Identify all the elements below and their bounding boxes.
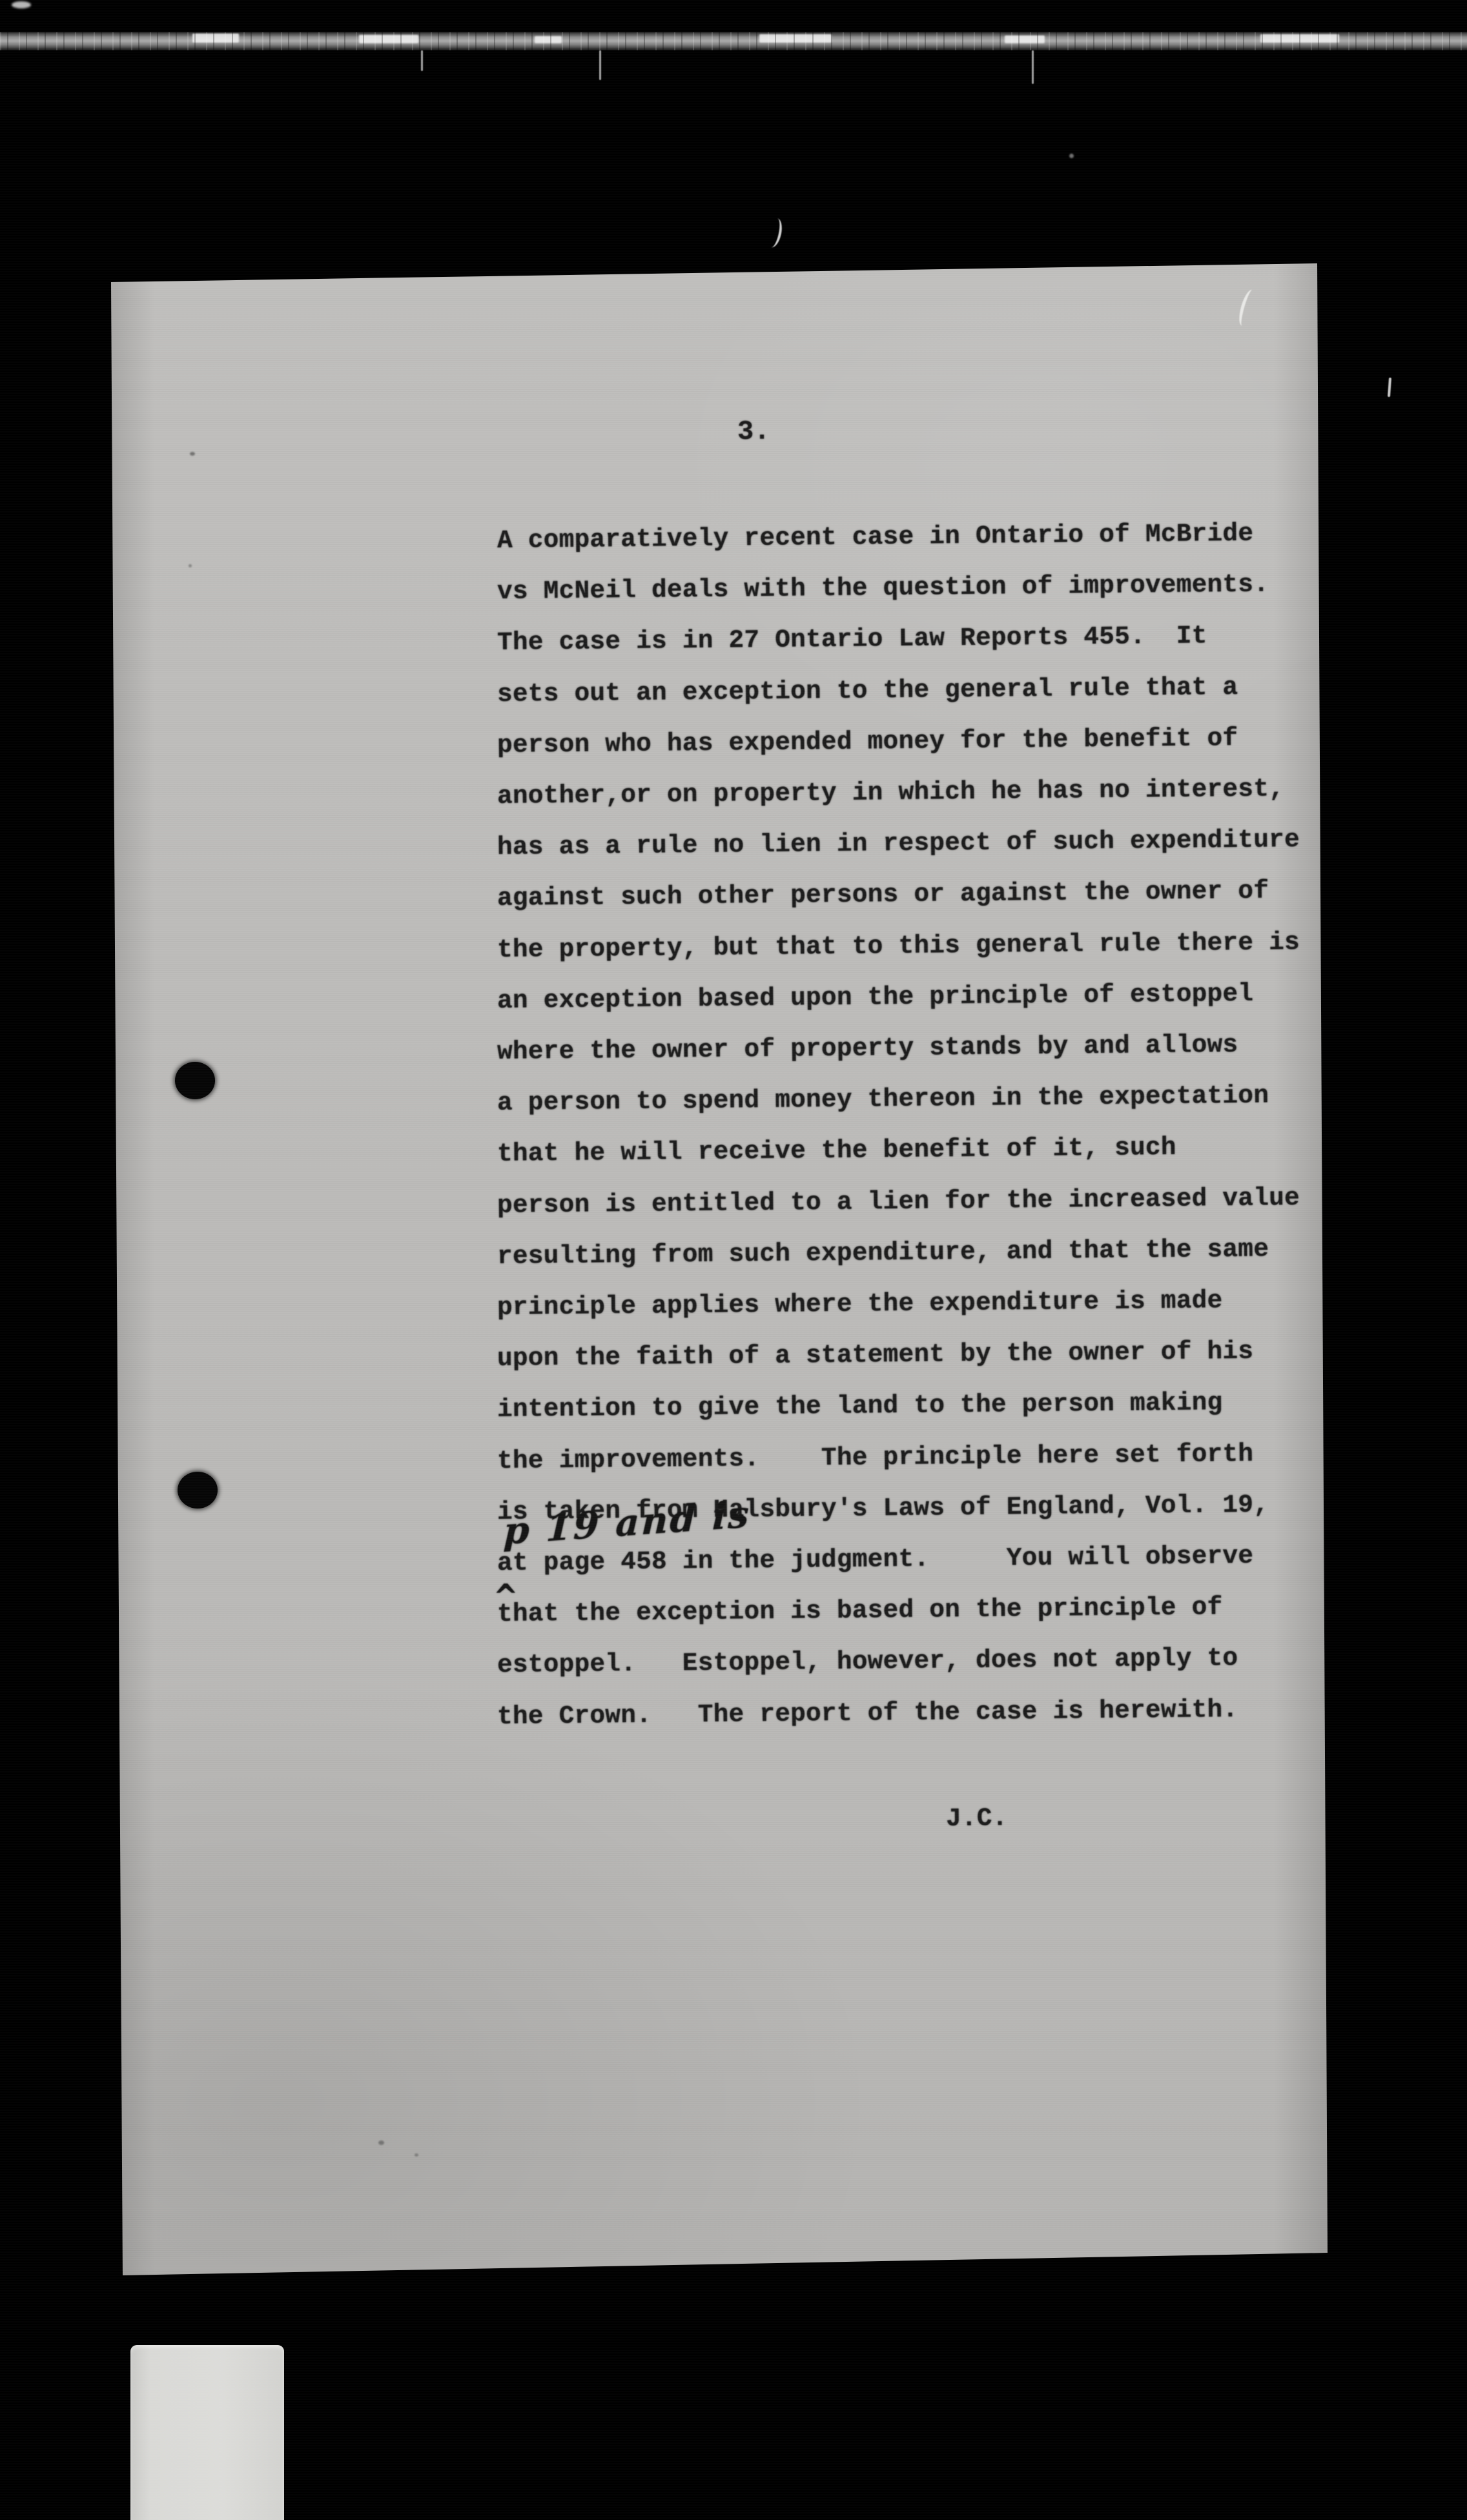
typed-line: person is entitled to a lien for the inc…: [497, 1185, 1300, 1218]
typed-line: that the exception is based on the princ…: [497, 1594, 1223, 1627]
typed-line: the Crown. The report of the case is her…: [497, 1697, 1238, 1730]
page-number: 3.: [737, 420, 770, 445]
typed-line: upon the faith of a statement by the own…: [497, 1339, 1254, 1372]
typed-line: has as a rule no lien in respect of such…: [497, 827, 1300, 860]
typed-line: an exception based upon the principle of…: [497, 981, 1254, 1014]
hole-punch-bottom: [178, 1472, 218, 1509]
typed-line: principle applies where the expenditure …: [497, 1288, 1223, 1320]
typed-line: vs McNeil deals with the question of imp…: [497, 572, 1269, 605]
typed-line: The case is in 27 Ontario Law Reports 45…: [497, 623, 1207, 655]
typed-line: another,or on property in which he has n…: [497, 776, 1284, 809]
typed-line: intention to give the land to the person…: [497, 1390, 1223, 1422]
typed-line: at page 458 in the judgment. You will ob…: [497, 1543, 1254, 1576]
typed-line: person who has expended money for the be…: [497, 726, 1238, 758]
signature-initials: J.C.: [946, 1805, 1008, 1831]
typed-line: where the owner of property stands by an…: [497, 1032, 1238, 1065]
scanned-document-film-frame: 3. A comparatively recent case in Ontari…: [0, 0, 1467, 2520]
insertion-caret: ^: [493, 1576, 518, 1616]
hole-punch-top: [175, 1062, 215, 1099]
typed-line: A comparatively recent case in Ontario o…: [497, 521, 1254, 554]
typed-line: the property, but that to this general r…: [497, 930, 1300, 962]
typed-line: estoppel. Estoppel, however, does not ap…: [497, 1645, 1238, 1678]
typed-line: the improvements. The principle here set…: [497, 1441, 1254, 1474]
typed-line: sets out an exception to the general rul…: [497, 675, 1238, 707]
typed-line: that he will receive the benefit of it, …: [497, 1135, 1176, 1167]
bottom-white-tab: [130, 2345, 284, 2520]
typed-line: against such other persons or against th…: [497, 879, 1269, 911]
typed-text-layer: 3. A comparatively recent case in Ontari…: [0, 0, 1467, 2520]
typed-line: a person to spend money thereon in the e…: [497, 1083, 1269, 1116]
typed-line: resulting from such expenditure, and tha…: [497, 1237, 1269, 1270]
